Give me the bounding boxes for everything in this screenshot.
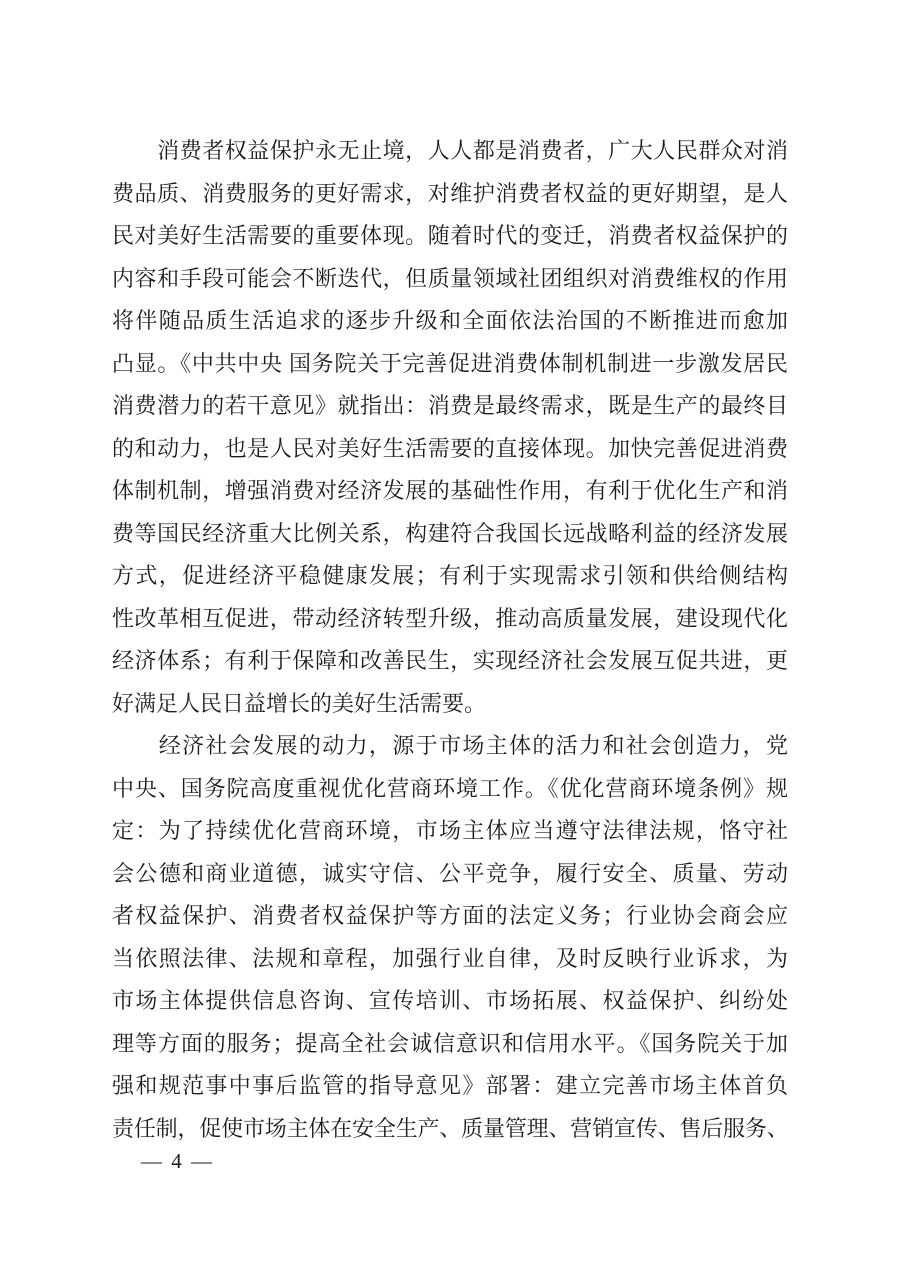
- text-line: 经济体系；有利于保障和改善民生，实现经济社会发展互促共进，更: [112, 640, 788, 683]
- text-line: 定：为了持续优化营商环境，市场主体应当遵守法律法规，恪守社: [112, 810, 788, 853]
- text-block: 消费者权益保护永无止境，人人都是消费者，广大人民群众对消 费品质、消费服务的更好…: [112, 130, 788, 1150]
- text-line: 会公德和商业道德，诚实守信、公平竞争，履行安全、质量、劳动: [112, 853, 788, 896]
- paragraph-business-environment: 经济社会发展的动力，源于市场主体的活力和社会创造力，党 中央、国务院高度重视优化…: [112, 725, 788, 1150]
- text-line: 方式，促进经济平稳健康发展；有利于实现需求引领和供给侧结构: [112, 555, 788, 598]
- paragraph-consumer-rights: 消费者权益保护永无止境，人人都是消费者，广大人民群众对消 费品质、消费服务的更好…: [112, 130, 788, 725]
- text-line: 责任制，促使市场主体在安全生产、质量管理、营销宣传、售后服务、: [112, 1108, 788, 1151]
- text-line: 好满足人民日益增长的美好生活需要。: [112, 683, 788, 726]
- text-line: 消费者权益保护永无止境，人人都是消费者，广大人民群众对消: [112, 130, 788, 173]
- text-line: 经济社会发展的动力，源于市场主体的活力和社会创造力，党: [112, 725, 788, 768]
- document-page: 消费者权益保护永无止境，人人都是消费者，广大人民群众对消 费品质、消费服务的更好…: [0, 0, 900, 1273]
- text-line: 费品质、消费服务的更好需求，对维护消费者权益的更好期望，是人: [112, 173, 788, 216]
- text-line: 强和规范事中事后监管的指导意见》部署：建立完善市场主体首负: [112, 1065, 788, 1108]
- text-line: 费等国民经济重大比例关系，构建符合我国长远战略利益的经济发展: [112, 513, 788, 556]
- text-line: 性改革相互促进，带动经济转型升级，推动高质量发展，建设现代化: [112, 598, 788, 641]
- text-line: 将伴随品质生活追求的逐步升级和全面依法治国的不断推进而愈加: [112, 300, 788, 343]
- text-line: 凸显。《中共中央 国务院关于完善促进消费体制机制进一步激发居民: [112, 343, 788, 386]
- text-line: 理等方面的服务；提高全社会诚信意识和信用水平。《国务院关于加: [112, 1023, 788, 1066]
- text-line: 体制机制，增强消费对经济发展的基础性作用，有利于优化生产和消: [112, 470, 788, 513]
- text-line: 者权益保护、消费者权益保护等方面的法定义务；行业协会商会应: [112, 895, 788, 938]
- page-number: — 4 —: [141, 1148, 214, 1174]
- text-line: 的和动力，也是人民对美好生活需要的直接体现。加快完善促进消费: [112, 428, 788, 471]
- text-line: 当依照法律、法规和章程，加强行业自律，及时反映行业诉求，为: [112, 938, 788, 981]
- text-line: 市场主体提供信息咨询、宣传培训、市场拓展、权益保护、纠纷处: [112, 980, 788, 1023]
- text-line: 内容和手段可能会不断迭代，但质量领域社团组织对消费维权的作用: [112, 258, 788, 301]
- text-line: 消费潜力的若干意见》就指出：消费是最终需求，既是生产的最终目: [112, 385, 788, 428]
- text-line: 民对美好生活需要的重要体现。随着时代的变迁，消费者权益保护的: [112, 215, 788, 258]
- text-line: 中央、国务院高度重视优化营商环境工作。《优化营商环境条例》规: [112, 768, 788, 811]
